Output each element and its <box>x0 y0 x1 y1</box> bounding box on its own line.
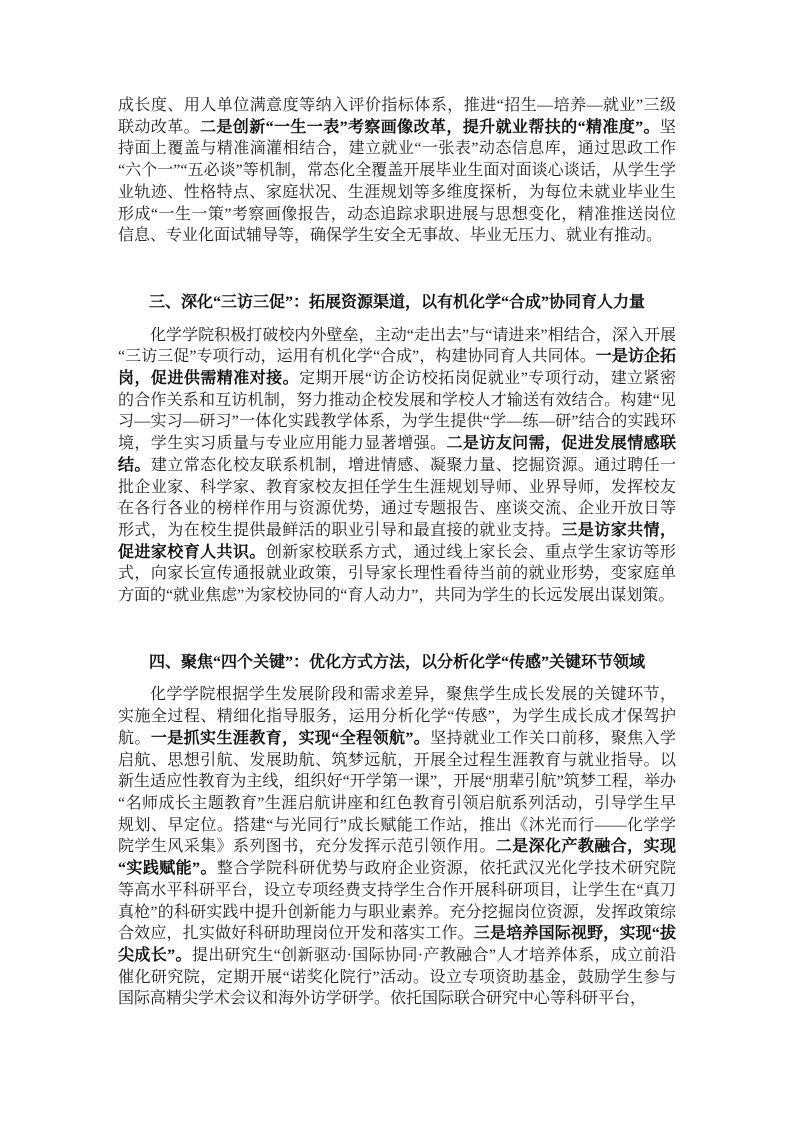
body-paragraph-4: 化学学院根据学生发展阶段和需求差异，聚焦学生成长发展的关键环节，实施全过程、精细… <box>118 684 676 1010</box>
text-run-4-2: 坚持就业工作关口前移，聚焦入学启航、思想引航、发展助航、筑梦远航，开展全过程生涯… <box>118 730 676 856</box>
emphasis-run-3-0: 四、聚焦“四个关键”：优化方式方法，以分析化学“传感”关键环节领域 <box>149 654 645 671</box>
emphasis-run-0-1: 二是创新“一生一表”考察画像改革，提升就业帮扶的“精准度”。 <box>200 119 660 136</box>
section-heading-3: 四、聚焦“四个关键”：优化方式方法，以分析化学“传感”关键环节领域 <box>118 652 676 674</box>
text-run-0-2: 坚持面上覆盖与精准滴灌相结合，建立就业“一张表”动态信息库，通过思政工作“六个一… <box>118 119 676 245</box>
emphasis-run-1-0: 三、深化“三访三促”：拓展资源渠道，以有机化学“合成”协同育人力量 <box>149 294 645 311</box>
body-paragraph-0: 成长度、用人单位满意度等纳入评价指标体系，推进“招生—培养—就业”三级联动改革。… <box>118 95 676 247</box>
text-run-2-0: 化学学院积极打破校内外壁垒，主动“走出去”与“请进来”相结合，深入开展“三访三促… <box>118 327 676 366</box>
document-page: 成长度、用人单位满意度等纳入评价指标体系，推进“招生—培养—就业”三级联动改革。… <box>0 0 793 1122</box>
body-paragraph-2: 化学学院积极打破校内外壁垒，主动“走出去”与“请进来”相结合，深入开展“三访三促… <box>118 325 676 607</box>
document-body: 成长度、用人单位满意度等纳入评价指标体系，推进“招生—培养—就业”三级联动改革。… <box>118 95 676 1010</box>
text-run-4-6: 提出研究生“创新驱动·国际协同·产教融合”人才培养体系，成立前沿催化研究院，定期… <box>118 947 676 1007</box>
section-heading-1: 三、深化“三访三促”：拓展资源渠道，以有机化学“合成”协同育人力量 <box>118 292 676 314</box>
emphasis-run-4-1: 一是抓实生涯教育，实现“全程领航”。 <box>151 730 430 747</box>
